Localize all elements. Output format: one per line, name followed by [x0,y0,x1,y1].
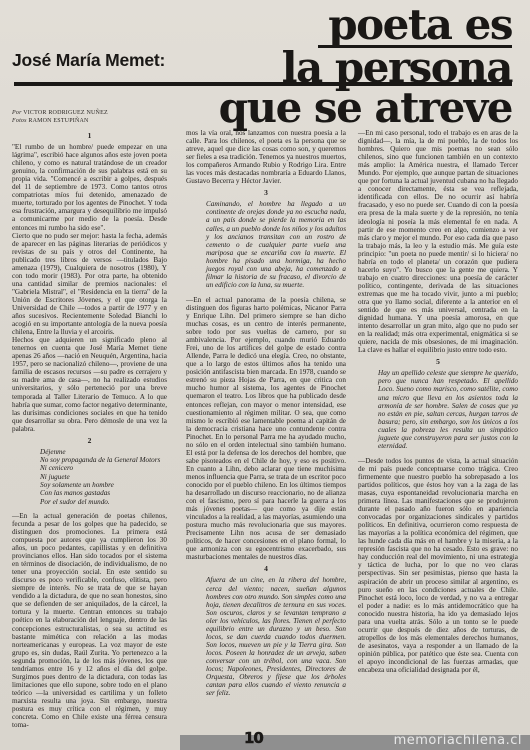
headline-line-3: que se atreve [219,87,512,129]
text-column-1: 1 "El rumbo de un hombre/ puede empezar … [12,128,167,729]
poem-line: Ni juguete [40,473,167,481]
body-paragraph: —En el actual panorama de la poesía chil… [186,296,346,562]
body-paragraph: —En mi caso personal, todo el trabajo es… [358,129,518,354]
poem-line: Déjenme [40,448,167,456]
magazine-page: José María Memet: poeta es la persona qu… [0,0,530,750]
section-number: 2 [12,437,167,445]
body-paragraph: —Desde todos los puntos de vista, la act… [358,457,518,674]
section-number: 4 [186,565,346,573]
headline-line-1: poeta es [328,4,512,46]
page-number: 10 [244,729,263,747]
poem-quote: Caminando, el hombre ha llegado a un con… [206,200,346,289]
section-number: 3 [186,189,346,197]
section-number: 5 [358,358,518,366]
poem-line: No soy propaganda de la General Motors [40,456,167,464]
text-column-2: mos la vía oral, nos lanzamos con nuestr… [186,129,346,704]
text-column-3: —En mi caso personal, todo el trabajo es… [358,129,518,674]
poem-line: Soy solamente un hombre [40,481,167,489]
poem-line: Por el sudor del mundo. [40,498,167,506]
body-paragraph: —En la actual generación de poetas chile… [12,512,167,729]
poem-quote: Hay un apellido celeste que siempre he q… [378,369,518,449]
source-watermark: memoriachilena.cl [394,733,522,748]
body-paragraph: "El rumbo de un hombre/ puede empezar en… [12,143,167,232]
body-paragraph: mos la vía oral, nos lanzamos con nuestr… [186,129,346,185]
interviewee-name: José María Memet: [12,50,165,71]
byline-photographer: Fotos RAMON ESTUPIÑAN [12,118,108,126]
poem-quote: Afuera de un cine, en la ribera del homb… [206,576,346,697]
byline: Por VICTOR RODRIGUEZ NUÑEZ Fotos RAMON E… [12,110,108,125]
poem-line: Ni cenicero [40,464,167,472]
body-paragraph: Hechos que adquieren un significado plen… [12,336,167,433]
section-number: 1 [12,132,167,140]
poem-line: Con las manos gastadas [40,489,167,497]
byline-author: Por VICTOR RODRIGUEZ NUÑEZ [12,110,108,118]
poem-excerpt: Déjenme No soy propaganda de la General … [40,448,167,506]
body-paragraph: Cierto que no pudo ser mejor: hasta la f… [12,232,167,337]
